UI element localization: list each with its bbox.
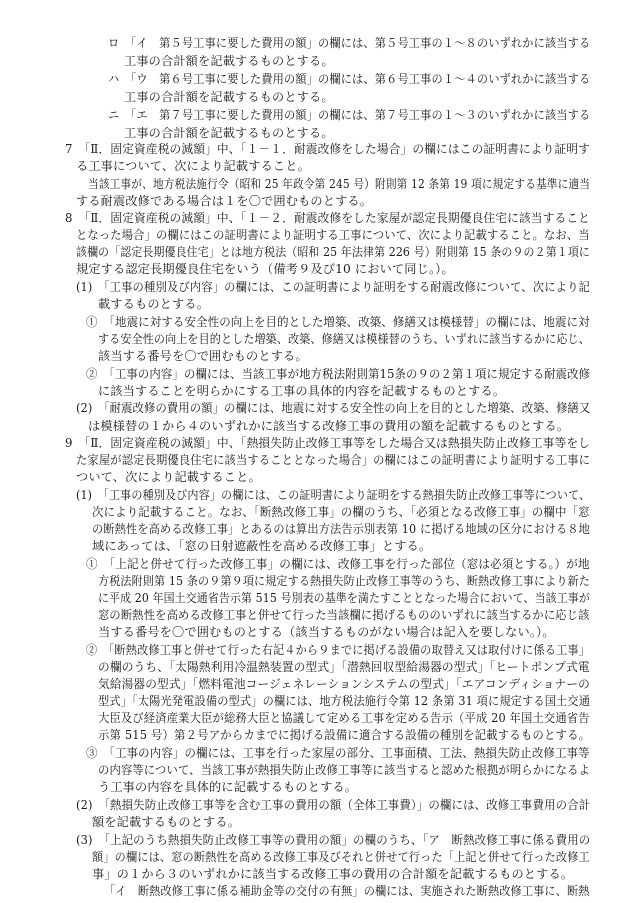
document-text-line: ② 「工事の内容」の欄には、当該工事が地方税法附則第15条の９の２第１項に規定す… <box>86 366 590 383</box>
document-text-line: の欄のうち、「太陽熱利用冷温熱装置の型式」「潜熱回収型給湯器の型式」「ヒートポン… <box>98 659 590 676</box>
document-text-line: 次により記載すること。なお、「断熱改修工事」の欄のうち、「必須となる改修工事」の… <box>92 504 590 521</box>
document-text-line: ロ 「イ 第５号工事に要した費用の額」の欄には、第５号工事の１～８のいずれかに該… <box>108 35 590 52</box>
document-text-line: 工事の合計額を記載するものとする。 <box>124 89 334 106</box>
document-text-line: 該当する番号を〇で囲むものとする。 <box>98 348 308 365</box>
document-text-line: ③ 「工事の内容」の欄には、工事を行った家屋の部分、工事面積、工法、熱損失防止改… <box>86 745 590 762</box>
document-text-line: 額」の欄には、窓の断熱性を高める改修工事及びそれと併せて行った「上記と併せて行っ… <box>92 849 590 866</box>
document-text-line: ニ 「エ 第７号工事に要した費用の額」の欄には、第７号工事の１～３のいずれかに該… <box>108 107 590 124</box>
document-text-line: る工事について、次により記載すること。 <box>76 158 310 175</box>
document-text-line: 載するものとする。 <box>98 296 209 313</box>
document-text-line: ついて、次により記載すること。 <box>76 469 261 486</box>
document-text-line: 規定する認定長期優良住宅をいう（備考９及び10 において同じ。）。 <box>76 261 454 278</box>
document-text-line: ① 「地震に対する安全性の向上を目的とした増築、改築、修繕又は模様替」の欄には、… <box>86 314 590 331</box>
document-text-line: 7 「Ⅱ．固定資産税の減額」中、「１－１．耐震改修をした場合」の欄にはこの証明書… <box>65 141 590 158</box>
document-text-line: 工事の合計額を記載するものとする。 <box>124 125 334 142</box>
document-text-line: 窓の断熱性を高める改修工事と併せて行った当該欄に掲げるもののいずれに該当するかに… <box>98 607 590 624</box>
document-text-line: 示第 515 号）第２号アからカまでに掲げる設備に適合する設備の種別を記載するも… <box>98 727 590 744</box>
document-page: ロ 「イ 第５号工事に要した費用の額」の欄には、第５号工事の１～８のいずれかに該… <box>0 0 630 903</box>
document-text-line: う工事の内容を具体的に記載するものとする。 <box>98 779 357 796</box>
document-text-line: (2) 「熱損失防止改修工事等を含む工事の費用の額（全体工事費）」の欄には、改修… <box>76 797 590 814</box>
document-text-line: (1) 「工事の種別及び内容」の欄には、この証明書により証明をする耐震改修につい… <box>76 279 590 296</box>
document-text-line: 該欄の「認定長期優良住宅」とは地方税法（昭和 25 年法律第 226 号）附則第… <box>76 244 590 261</box>
document-text-line: 事」の１から３のいずれかに該当する改修工事の費用の合計額を記載するものとする。 <box>92 866 573 883</box>
document-text-line: は模様替の１から４のいずれかに該当する改修工事の費用の額を記載するものとする。 <box>88 418 569 435</box>
document-text-line: 額を記載するものとする。 <box>92 814 240 831</box>
document-text-line: の内容等について、当該工事が熱損失防止改修工事等に該当すると認めた根拠が明らかに… <box>98 762 590 779</box>
document-text-line: に該当することを明らかにする工事の具体的内容を記載するものとする。 <box>98 383 505 400</box>
document-text-line: ハ 「ウ 第６号工事に要した費用の額」の欄には、第６号工事の１～４のいずれかに該… <box>108 71 590 88</box>
document-text-line: 方税法附則第 15 条の９第９項に規定する熱損失防止改修工事等のうち、断熱改修工… <box>98 573 590 590</box>
document-text-line: 工事の合計額を記載するものとする。 <box>124 53 334 70</box>
document-text-line: 型式」「太陽光発電設備の型式」の欄には、地方税法施行令第 12 条第 31 項に… <box>98 693 590 710</box>
document-text-line: する耐震改修である場合は１を〇で囲むものとする。 <box>76 193 372 210</box>
document-text-line: 大臣及び経済産業大臣が総務大臣と協議して定める工事を定める告示（平成 20 年国… <box>98 710 590 727</box>
document-text-line: 気給湯器の型式」「燃料電池コージェネレーションシステムの型式」「エアコンディショ… <box>98 676 590 693</box>
document-text-line: に平成 20 年国土交通省告示第 515 号別表の基準を満たすこととなった場合に… <box>98 590 590 607</box>
document-text-line: (2) 「耐震改修の費用の額」の欄には、地震に対する安全性の向上を目的とした増築… <box>76 400 590 417</box>
document-text-line: ① 「上記と併せて行った改修工事」の欄には、改修工事を行った部位（窓は必須とする… <box>86 556 590 573</box>
document-text-line: ② 「断熱改修工事と併せて行った右記４から９までに掲げる設備の取替え又は取付けに… <box>86 642 590 659</box>
document-text-line: た家屋が認定長期優良住宅に該当することとなった場合」の欄にはこの証明書により証明… <box>76 452 590 469</box>
document-text-line: する安全性の向上を目的とした増築、改築、修繕又は模様替のうち、いずれに該当するか… <box>98 331 590 348</box>
document-text-line: 「イ 断熱改修工事に係る補助金等の交付の有無」の欄には、実施された断熱改修工事に… <box>104 883 590 900</box>
document-text-line: 当該工事が、地方税法施行令（昭和 25 年政令第 245 号）附則第 12 条第… <box>88 176 590 193</box>
document-text-line: 9 「Ⅱ．固定資産税の減額」中、「熱損失防止改修工事等をした場合又は熱損失防止改… <box>65 435 590 452</box>
document-text-line: (1) 「工事の種別及び内容」の欄には、この証明書により証明をする熱損失防止改修… <box>76 487 590 504</box>
document-text-line: となった場合」の欄にはこの証明書により証明する工事について、次により記載すること… <box>76 227 590 244</box>
document-text-line: 8 「Ⅱ．固定資産税の減額」中、「１－２．耐震改修をした家屋が認定長期優良住宅に… <box>65 210 590 227</box>
document-text-line: 当する番号を〇で囲むものとする（該当するものがない場合は記入を要しない。）。 <box>98 624 555 641</box>
document-text-line: 域にあっては、「窓の日射遮蔽性を高める改修工事」とする。 <box>92 538 431 555</box>
document-text-line: の断熱性を高める改修工事」とあるのは算出方法告示別表第 10 に掲げる地域の区分… <box>92 521 590 538</box>
document-text-line: (3) 「上記のうち熱損失防止改修工事等の費用の額」の欄のうち、「ア 断熱改修工… <box>76 832 590 849</box>
